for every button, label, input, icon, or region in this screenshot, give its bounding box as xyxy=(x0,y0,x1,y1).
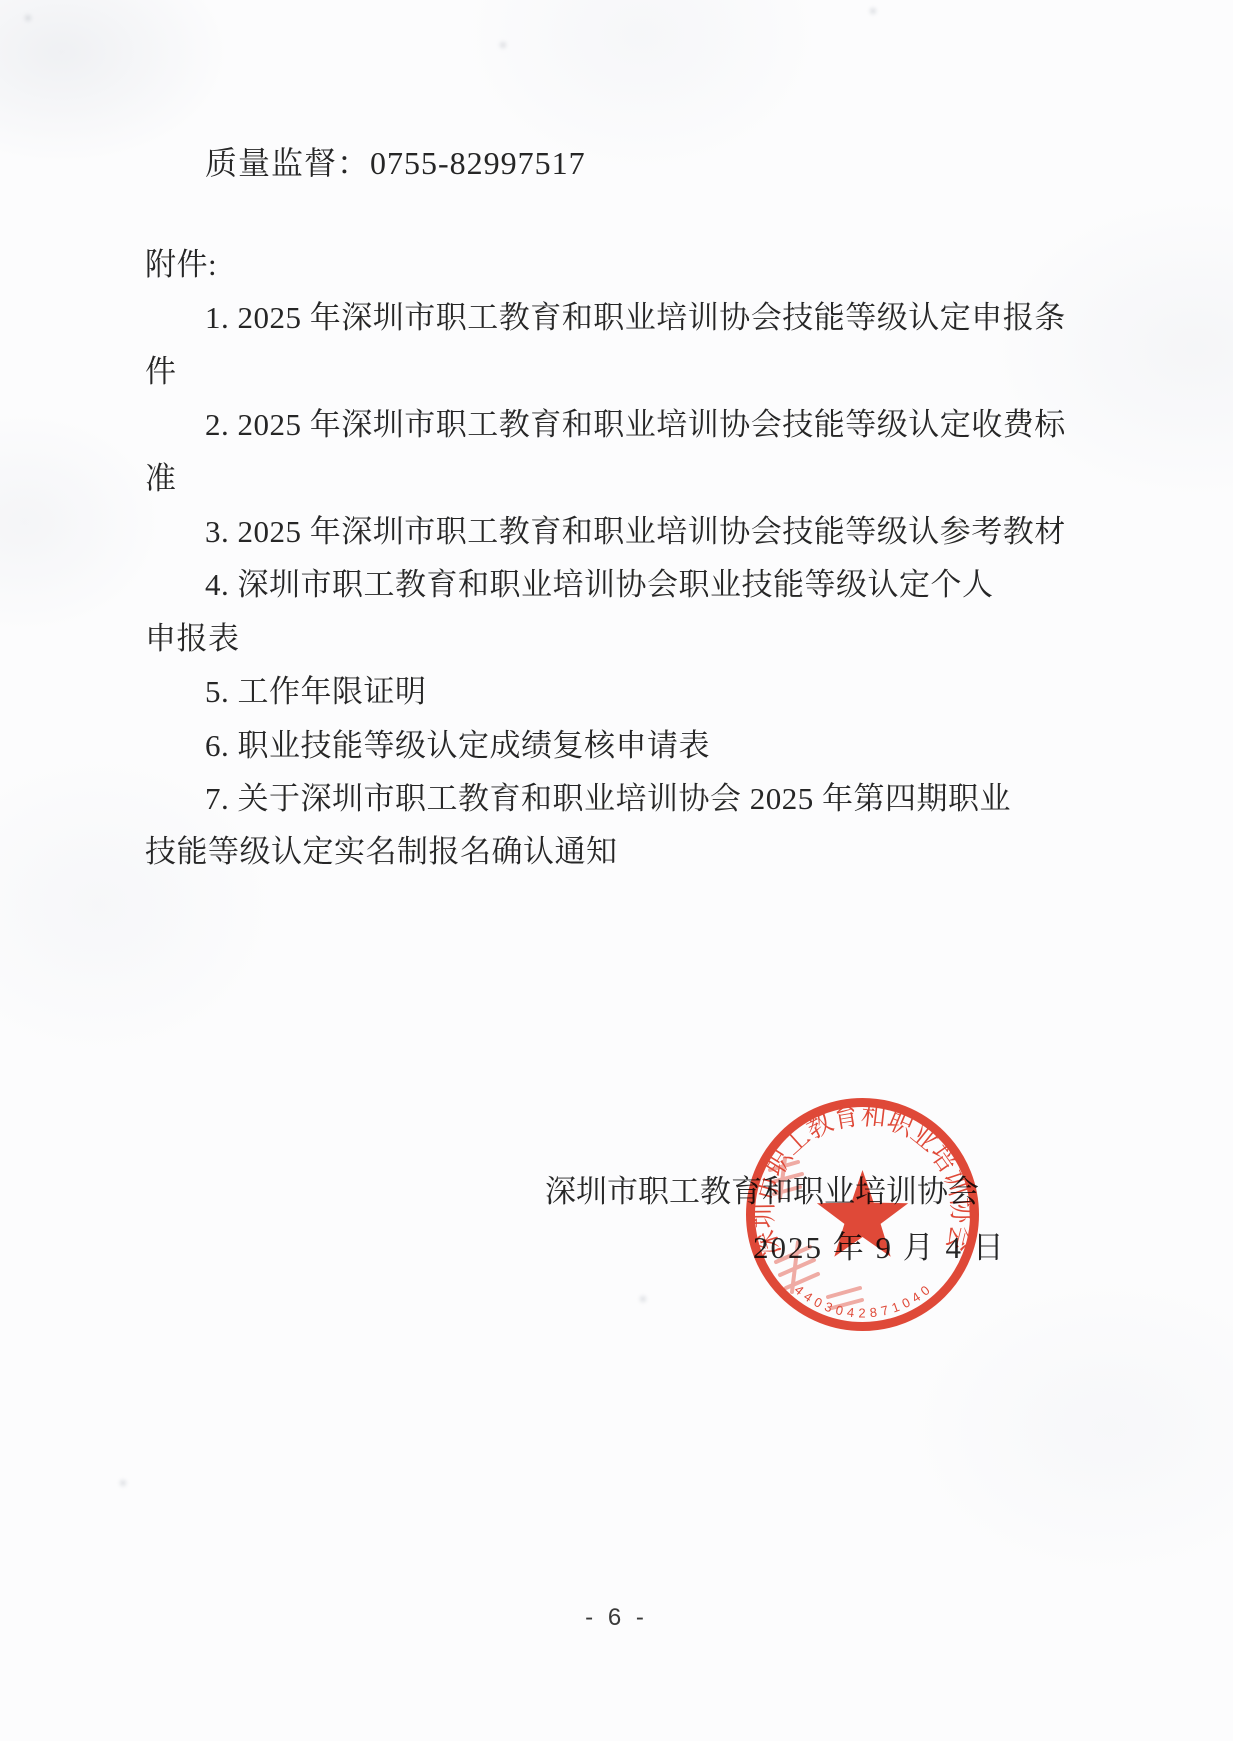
official-seal: 深圳市职工教育和职业培训协会 4403042871040 xyxy=(740,1092,985,1337)
quality-supervision-line: 质量监督：0755-82997517 xyxy=(205,138,586,184)
attachments-section: 附件: 1. 2025 年深圳市职工教育和职业培训协会技能等级认定申报条 件 2… xyxy=(145,238,1105,879)
signature-date: 2025 年 9 月 4 日 xyxy=(753,1222,1006,1267)
scan-artifact xyxy=(870,8,876,14)
scan-artifact xyxy=(500,42,506,48)
scan-artifact xyxy=(120,1480,126,1486)
attachment-line-3: 3. 2025 年深圳市职工教育和职业培训协会技能等级认参考教材 xyxy=(145,505,1105,558)
attachment-line-1-cont: 件 xyxy=(145,345,1105,398)
signature-organization: 深圳市职工教育和职业培训协会 xyxy=(545,1166,979,1211)
attachments-label: 附件: xyxy=(145,238,1105,291)
attachment-line-1: 1. 2025 年深圳市职工教育和职业培训协会技能等级认定申报条 xyxy=(145,291,1105,344)
attachment-line-6: 6. 职业技能等级认定成绩复核申请表 xyxy=(145,719,1105,772)
attachment-line-2-cont: 准 xyxy=(145,452,1105,505)
attachment-line-2: 2. 2025 年深圳市职工教育和职业培训协会技能等级认定收费标 xyxy=(145,398,1105,451)
attachment-line-7-cont: 技能等级认定实名制报名确认通知 xyxy=(145,825,1105,878)
attachment-line-7: 7. 关于深圳市职工教育和职业培训协会 2025 年第四期职业 xyxy=(145,772,1105,825)
scan-artifact xyxy=(25,15,31,21)
attachment-line-4-cont: 申报表 xyxy=(145,612,1105,665)
attachment-line-5: 5. 工作年限证明 xyxy=(145,665,1105,718)
document-page: 质量监督：0755-82997517 附件: 1. 2025 年深圳市职工教育和… xyxy=(0,0,1233,1741)
scan-artifact xyxy=(640,1296,646,1302)
attachment-line-4: 4. 深圳市职工教育和职业培训协会职业技能等级认定个人 xyxy=(145,558,1105,611)
page-number: - 6 - xyxy=(0,1604,1233,1632)
